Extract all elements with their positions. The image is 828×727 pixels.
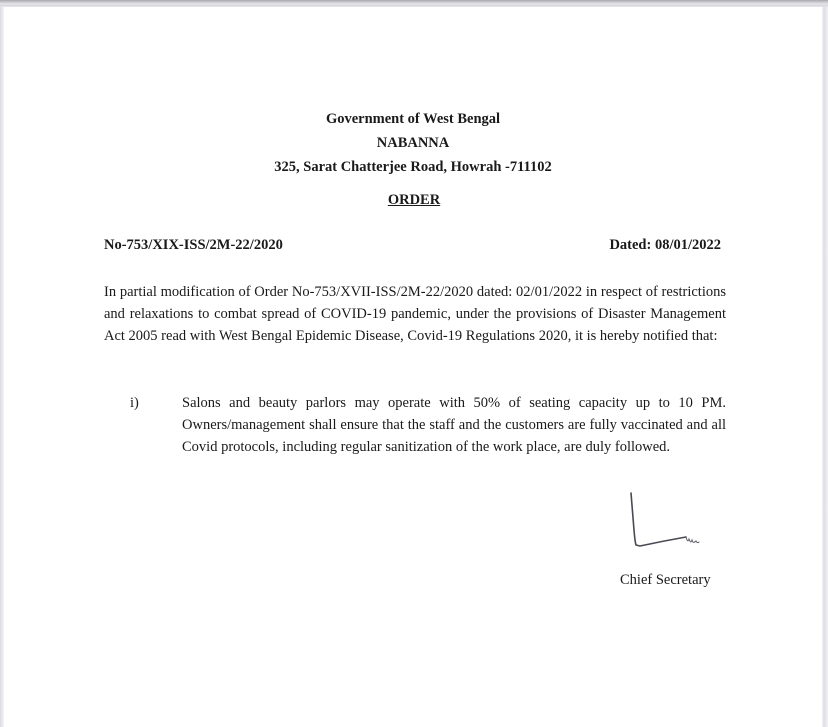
scan-frame-right-border [822, 7, 828, 727]
list-item-marker: i) [130, 392, 182, 458]
list-item: i) Salons and beauty parlors may operate… [130, 392, 730, 458]
reference-line: No-753/XIX-ISS/2M-22/2020 Dated: 08/01/2… [104, 237, 721, 254]
letterhead: Government of West Bengal NABANNA 325, S… [4, 107, 822, 179]
signatory-designation: Chief Secretary [620, 572, 711, 589]
scan-frame-top-border [0, 0, 828, 7]
letterhead-government: Government of West Bengal [4, 107, 822, 131]
letterhead-address: 325, Sarat Chatterjee Road, Howrah -7111… [4, 155, 822, 179]
document-title: ORDER [4, 192, 822, 209]
letterhead-building: NABANNA [4, 131, 822, 155]
list-item-text: Salons and beauty parlors may operate wi… [182, 392, 726, 458]
order-date: Dated: 08/01/2022 [609, 237, 721, 254]
order-number: No-753/XIX-ISS/2M-22/2020 [104, 237, 283, 254]
intro-paragraph: In partial modification of Order No-753/… [104, 281, 726, 347]
signature-icon [624, 490, 704, 550]
document-page: Government of West Bengal NABANNA 325, S… [4, 7, 822, 727]
